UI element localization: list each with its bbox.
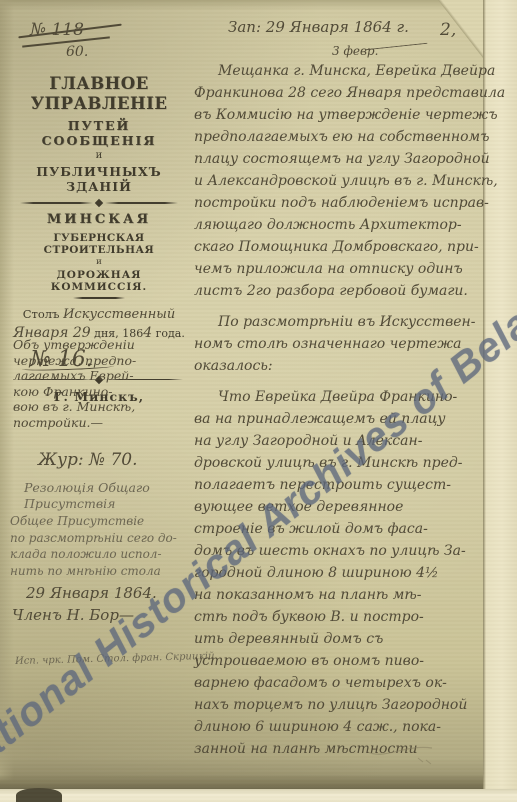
text-line: Присутствія	[24, 496, 194, 512]
member-signature: Членъ Н. Бор—	[12, 606, 134, 624]
text-line: Общее Присутствіе	[10, 513, 194, 530]
text-line: въ Коммисію на утвержденіе чертежъ	[194, 104, 487, 126]
ornamental-divider	[20, 200, 178, 206]
letterhead-org-line2: ПУТЕЙ СООБЩЕНІЯ	[8, 118, 190, 148]
text-line: дровской улицѣ въ г. Минскѣ пред-	[194, 452, 487, 474]
text-line: ва на принадлежащемъ ей плацу	[194, 408, 487, 430]
next-page-corner	[16, 788, 62, 802]
text-line: и Александровской улицѣ въ г. Минскѣ,	[194, 170, 487, 192]
desk-line: Столъ Искусственный	[8, 307, 190, 322]
text-line: оказалось:	[194, 355, 487, 377]
text-line: стѣ подъ буквою В. и постро-	[194, 606, 487, 628]
text-line: клада положило испол-	[10, 546, 194, 563]
desk-value-handwritten: Искусственный	[63, 307, 175, 322]
body-paragraph: Что Еврейка Двейра Франкино-ва на принад…	[194, 386, 487, 760]
text-line: чертежа, предпо-	[13, 353, 189, 369]
text-line: на показанномъ на планѣ мѣ-	[194, 584, 487, 606]
text-line: Объ утвержденіи	[13, 337, 189, 353]
text-line: По разсмотрѣніи въ Искусствен-	[194, 311, 487, 333]
text-line: устроиваемою въ ономъ пиво-	[194, 650, 487, 672]
letterhead-and: и	[8, 150, 190, 161]
text-line: домъ въ шесть окнахъ по улицѣ За-	[194, 540, 487, 562]
text-line: вою въ г. Минскѣ,	[13, 399, 189, 415]
text-line: строеніе въ жилой домъ фаса-	[194, 518, 487, 540]
text-line: плацу состоящемъ на углу Загородной	[194, 148, 487, 170]
desk-label: Столъ	[23, 307, 60, 321]
registration-subnumber: 60.	[66, 44, 88, 60]
small-divider	[73, 297, 125, 299]
resolution-body: Общее Присутствіепо разсмотрѣніи сего до…	[10, 513, 194, 579]
text-line: Что Еврейка Двейра Франкино-	[194, 386, 487, 408]
letterhead-commission-line2: ГУБЕРНСКАЯ СТРОИТЕЛЬНАЯ	[8, 232, 190, 256]
text-line: по разсмотрѣніи сего до-	[10, 530, 194, 547]
text-line: лагаемыхъ Еврей-	[13, 368, 189, 384]
text-line: длиною 6 шириною 4 саж., пока-	[194, 716, 487, 738]
text-line: на углу Загородной и Алексан-	[194, 430, 487, 452]
body-paragraph: Мещанка г. Минска, Еврейка ДвейраФранкин…	[194, 60, 487, 302]
text-line: вующее ветхое деревянное	[194, 496, 487, 518]
text-line: постройки.—	[13, 415, 189, 431]
text-line: нить по мнѣнію стола	[10, 563, 194, 580]
pencil-mark	[366, 734, 436, 768]
text-line: номъ столѣ означеннаго чертежа	[194, 333, 487, 355]
document-scan: № 118 60. ГЛАВНОЕ УПРАВЛЕНІЕ ПУТЕЙ СООБЩ…	[0, 0, 517, 802]
text-line: постройки подъ наблюденіемъ исправ-	[194, 192, 487, 214]
resolution-date: 29 Января 1864.	[26, 584, 157, 602]
letterhead-commission-line3: ДОРОЖНАЯ КОММИССІЯ.	[8, 269, 190, 293]
backing-paper-bottom	[0, 789, 517, 802]
resolution-heading: Резолюція ОбщагоПрисутствія	[24, 480, 194, 512]
entry-date-line: Зап: 29 Января 1864 г.	[228, 18, 409, 36]
text-line: листъ 2го разбора гербовой бумаги.	[194, 280, 487, 302]
text-line: скаго Помощника Домбровскаго, при-	[194, 236, 487, 258]
interlinear-note: 3 февр.	[332, 44, 378, 58]
text-line: Франкинова 28 сего Января представила	[194, 82, 487, 104]
text-line: Мещанка г. Минска, Еврейка Двейра	[194, 60, 487, 82]
text-line: предполагаемыхъ ею на собственномъ	[194, 126, 487, 148]
text-line: ить деревянный домъ съ	[194, 628, 487, 650]
letterhead-and2: и	[8, 257, 190, 267]
main-body-text: Мещанка г. Минска, Еврейка ДвейраФранкин…	[194, 60, 487, 769]
text-line: кою Франкино-	[13, 384, 189, 400]
text-line: чемъ приложила на отписку одинъ	[194, 258, 487, 280]
margin-annotation: Объ утвержденіичертежа, предпо-лагаемыхъ…	[13, 337, 189, 430]
body-paragraph: По разсмотрѣніи въ Искусствен-номъ столѣ…	[194, 311, 487, 377]
journal-reference: Жур: № 70.	[38, 450, 138, 470]
registration-number: № 118	[30, 20, 84, 40]
text-line: Резолюція Общаго	[24, 480, 194, 496]
text-line: нахъ торцемъ по улицѣ Загородной	[194, 694, 487, 716]
text-line: варнею фасадомъ о четырехъ ок-	[194, 672, 487, 694]
text-line: полагаетъ перестроить сущест-	[194, 474, 487, 496]
letterhead-commission-line1: МИНСКАЯ	[8, 212, 190, 227]
text-line: занной на планѣ мѣстности	[194, 738, 487, 760]
page-bottom-edge	[0, 774, 483, 789]
letterhead-org-line3: ПУБЛИЧНЫХЪ ЗДАНІЙ	[8, 164, 190, 194]
text-line: городной длиною 8 шириною 4½	[194, 562, 487, 584]
text-line: ляющаго должность Архитектор-	[194, 214, 487, 236]
letterhead-org-line1: ГЛАВНОЕ УПРАВЛЕНІЕ	[8, 74, 190, 114]
page-number: 2,	[440, 20, 456, 40]
